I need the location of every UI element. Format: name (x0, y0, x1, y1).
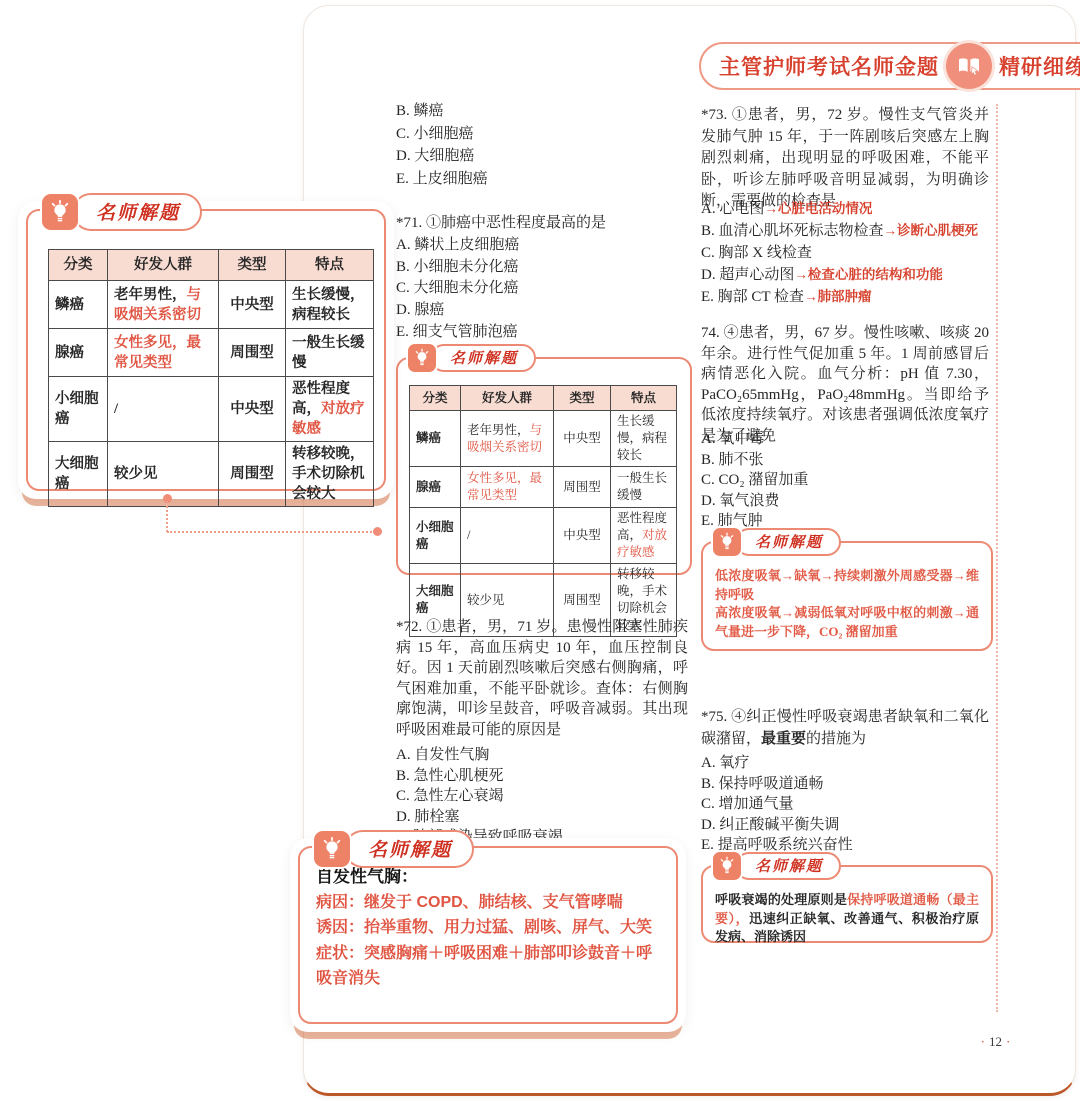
column-divider (996, 104, 998, 1012)
option: E. 细支气管肺泡癌 (396, 322, 688, 344)
col-header: 好发人群 (461, 386, 554, 411)
table-row: 小细胞癌 / 中央型 恶性程度高，对放疗敏感 (49, 377, 374, 442)
q70-options: B. 鳞癌 C. 小细胞癌 D. 大细胞癌 E. 上皮细胞癌 (396, 100, 688, 190)
cell-text: 较少见 (467, 593, 505, 607)
header-title-sub: 精研细练 (999, 51, 1080, 81)
page-header: 主管护师考试名师金题 精研细练 (699, 39, 1080, 93)
option-text: C. 胸部 X 线检查 (701, 245, 812, 261)
book-cursor-icon (946, 43, 992, 89)
option-annotation: →诊断心肌梗死 (884, 223, 979, 238)
option: A. 氧中毒 (701, 429, 989, 450)
option-annotation: →检查心脏的结构和功能 (794, 267, 943, 282)
stem-bold-text: 最重要 (761, 731, 806, 747)
cell-feature: 转移较晚，手术切除机会较大 (286, 442, 374, 507)
cell-text: 一般生长缓慢 (617, 471, 667, 502)
cell-text: 生长缓慢，病程较长 (617, 414, 667, 462)
explain-text: 呼吸衰竭的处理原则是 (715, 892, 847, 907)
option: B. 鳞癌 (396, 100, 688, 123)
connector-hline (167, 531, 375, 533)
col-header: 分类 (410, 386, 461, 411)
table-row: 小细胞癌 / 中央型 恶性程度高，对放疗敏感 (410, 508, 677, 564)
cell-feature: 恶性程度高，对放疗敏感 (611, 508, 677, 564)
explain-badge-label: 名师解题 (735, 528, 841, 556)
cell-type: 周围型 (554, 467, 611, 508)
question-stem: *71. ①肺癌中恶性程度最高的是 (396, 213, 688, 235)
pneumothorax-line: 症状：突感胸痛＋呼吸困难＋肺部叩诊鼓音＋呼吸音消失 (316, 941, 660, 992)
option: B. 肺不张 (701, 450, 989, 471)
table-row: 鳞癌 老年男性，与吸烟关系密切 中央型 生长缓慢，病程较长 (49, 281, 374, 329)
option: B. 血清心肌坏死标志物检查→诊断心肌梗死 (701, 220, 989, 242)
cell-class: 鳞癌 (410, 411, 461, 467)
explain-text: 迅速纠正缺氧、改善通气、积极治疗原发病、消除诱因 (715, 911, 979, 945)
col-header: 类型 (554, 386, 611, 411)
option: A. 氧疗 (701, 753, 989, 774)
footer-number: 12 (989, 1034, 1002, 1049)
explain-74-body: 低浓度吸氧→缺氧→持续刺激外周感受器→维持呼吸 高浓度吸氧→减弱低氧对呼吸中枢的… (703, 543, 991, 649)
option: D. 超声心动图→检查心脏的结构和功能 (701, 264, 989, 286)
cell-class: 小细胞癌 (410, 508, 461, 564)
table-row: 腺癌 女性多见，最常见类型 周围型 一般生长缓慢 (410, 467, 677, 508)
cell-class: 腺癌 (49, 329, 108, 377)
option: D. 肺栓塞 (396, 807, 688, 828)
pneumothorax-line: 诱因：抬举重物、用力过猛、剧咳、屏气、大笑 (316, 915, 660, 941)
cell-text: 一般生长缓慢 (292, 335, 365, 371)
option: A. 心电图→心脏电活动情况 (701, 198, 989, 220)
option: D. 氧气浪费 (701, 491, 989, 512)
cell-type: 中央型 (219, 377, 286, 442)
cell-type: 周围型 (219, 442, 286, 507)
header-title-main: 主管护师考试名师金题 (719, 51, 939, 81)
explain-badge: 名师解题 (713, 852, 841, 880)
cell-class: 鳞癌 (49, 281, 108, 329)
explain-badge: 名师解题 (42, 193, 202, 231)
lightbulb-icon (713, 528, 741, 556)
option-annotation: →肺部肿瘤 (804, 289, 872, 304)
connector-vline (166, 501, 168, 532)
explain-badge: 名师解题 (713, 528, 841, 556)
zoom-callout-border: 名师解题 分类 好发人群 类型 特点 鳞癌 老年男性，与吸烟关系密切 中央型 生… (26, 209, 386, 491)
cell-text: 较少见 (114, 466, 158, 482)
table-row: 腺癌 女性多见，最常见类型 周围型 一般生长缓慢 (49, 329, 374, 377)
cell-feature: 一般生长缓慢 (286, 329, 374, 377)
option: C. 大细胞未分化癌 (396, 278, 688, 300)
option: C. 小细胞癌 (396, 123, 688, 146)
option: B. 保持呼吸道通畅 (701, 774, 989, 795)
question-72-stem: *72. ①患者，男，71 岁。患慢性阻塞性肺疾病 15 年，高血压病史 10 … (396, 617, 688, 740)
cell-class: 腺癌 (410, 467, 461, 508)
question-71: *71. ①肺癌中恶性程度最高的是 A. 鳞状上皮细胞癌 B. 小细胞未分化癌 … (396, 213, 688, 344)
col-header: 分类 (49, 250, 108, 281)
explain-line: 高浓度吸氧→减弱低氧对呼吸中枢的刺激→通气量进一步下降，CO₂ 潴留加重 (715, 604, 979, 641)
explain-line: 低浓度吸氧→缺氧→持续刺激外周感受器→维持呼吸 (715, 567, 979, 604)
option-text: D. 超声心动图 (701, 267, 794, 283)
stem-text: 的措施为 (806, 731, 866, 747)
cell-population: / (108, 377, 219, 442)
col-header: 类型 (219, 250, 286, 281)
explain-box-71: 名师解题 分类 好发人群 类型 特点 鳞癌 老年男性，与吸烟关系密切 中央型 生… (396, 357, 692, 575)
option: A. 鳞状上皮细胞癌 (396, 235, 688, 257)
explain-badge: 名师解题 (314, 830, 474, 868)
zoom-callout-border: 名师解题 自发性气胸： 病因：继发于 COPD、肺结核、支气管哮喘 诱因：抬举重… (298, 846, 678, 1024)
cell-text: 转移较晚，手术切除机会较大 (292, 446, 365, 502)
zoom-callout-table: 名师解题 分类 好发人群 类型 特点 鳞癌 老年男性，与吸烟关系密切 中央型 生… (18, 201, 394, 499)
explain-badge-label: 名师解题 (735, 852, 841, 880)
cell-text: / (114, 401, 118, 417)
option: D. 纠正酸碱平衡失调 (701, 815, 989, 836)
lung-cancer-table: 分类 好发人群 类型 特点 鳞癌 老年男性，与吸烟关系密切 中央型 生长缓慢，病… (409, 385, 677, 637)
table-row: 大细胞癌 较少见 周围型 转移较晚，手术切除机会较大 (49, 442, 374, 507)
explain-badge-label: 名师解题 (72, 193, 202, 231)
cell-text: 生长缓慢，病程较长 (292, 287, 365, 323)
table-row: 鳞癌 老年男性，与吸烟关系密切 中央型 生长缓慢，病程较长 (410, 411, 677, 467)
cell-type: 周围型 (219, 329, 286, 377)
cell-text: 老年男性， (467, 423, 530, 437)
zoom-callout-pneumothorax: 名师解题 自发性气胸： 病因：继发于 COPD、肺结核、支气管哮喘 诱因：抬举重… (290, 838, 686, 1032)
option-text: E. 胸部 CT 检查 (701, 289, 804, 305)
col-header: 特点 (611, 386, 677, 411)
lung-cancer-table-enlarged: 分类 好发人群 类型 特点 鳞癌 老年男性，与吸烟关系密切 中央型 生长缓慢，病… (48, 249, 374, 507)
option-text: A. 心电图 (701, 201, 764, 217)
cell-class: 大细胞癌 (49, 442, 108, 507)
cell-type: 中央型 (554, 508, 611, 564)
explain-badge-label: 名师解题 (430, 344, 536, 372)
table-header-row: 分类 好发人群 类型 特点 (49, 250, 374, 281)
pneumothorax-body: 自发性气胸： 病因：继发于 COPD、肺结核、支气管哮喘 诱因：抬举重物、用力过… (300, 848, 676, 1002)
cell-feature: 恶性程度高，对放疗敏感 (286, 377, 374, 442)
cell-text: 老年男性， (114, 287, 187, 303)
question-73-options: A. 心电图→心脏电活动情况 B. 血清心肌坏死标志物检查→诊断心肌梗死 C. … (701, 198, 989, 308)
page-number: ·12· (699, 1034, 1080, 1050)
question-75-options: A. 氧疗 B. 保持呼吸道通畅 C. 增加通气量 D. 纠正酸碱平衡失调 E.… (701, 753, 989, 856)
question-73-stem: *73. ①患者，男，72 岁。慢性支气管炎并发肺气肿 15 年，于一阵剧咳后突… (701, 105, 989, 213)
cell-type: 中央型 (219, 281, 286, 329)
footer-dot: · (977, 1034, 989, 1049)
pneumothorax-line: 病因：继发于 COPD、肺结核、支气管哮喘 (316, 890, 660, 916)
cell-population: / (461, 508, 554, 564)
cell-type: 中央型 (554, 411, 611, 467)
explain-box-75: 名师解题 呼吸衰竭的处理原则是保持呼吸道通畅（最主要），迅速纠正缺氧、改善通气、… (701, 865, 993, 943)
table-header-row: 分类 好发人群 类型 特点 (410, 386, 677, 411)
option: E. 胸部 CT 检查→肺部肿瘤 (701, 286, 989, 308)
cell-population: 老年男性，与吸烟关系密切 (108, 281, 219, 329)
cell-population: 女性多见，最常见类型 (108, 329, 219, 377)
explain-badge: 名师解题 (408, 344, 536, 372)
cell-feature: 生长缓慢，病程较长 (611, 411, 677, 467)
cell-feature: 生长缓慢，病程较长 (286, 281, 374, 329)
cell-text: / (467, 528, 470, 542)
option: C. 增加通气量 (701, 794, 989, 815)
lightbulb-icon (408, 344, 436, 372)
connector-dot-end (373, 527, 382, 536)
col-header: 好发人群 (108, 250, 219, 281)
option: C. 胸部 X 线检查 (701, 243, 989, 264)
option: B. 小细胞未分化癌 (396, 257, 688, 279)
explain-75-body: 呼吸衰竭的处理原则是保持呼吸道通畅（最主要），迅速纠正缺氧、改善通气、积极治疗原… (703, 867, 991, 955)
question-75-stem: *75. ④纠正慢性呼吸衰竭患者缺氧和二氧化碳潴留，最重要的措施为 (701, 707, 989, 750)
option: C. 急性左心衰竭 (396, 786, 688, 807)
cell-feature: 一般生长缓慢 (611, 467, 677, 508)
option-annotation: →心脏电活动情况 (764, 201, 872, 216)
col-header: 特点 (286, 250, 374, 281)
cell-text-red: 女性多见，最常见类型 (467, 471, 542, 502)
option: C. CO₂ 潴留加重 (701, 470, 989, 491)
explain-box-74: 名师解题 低浓度吸氧→缺氧→持续刺激外周感受器→维持呼吸 高浓度吸氧→减弱低氧对… (701, 541, 993, 651)
question-74-options: A. 氧中毒 B. 肺不张 C. CO₂ 潴留加重 D. 氧气浪费 E. 肺气肿 (701, 429, 989, 532)
option: D. 腺癌 (396, 300, 688, 322)
footer-dot: · (1002, 1034, 1014, 1049)
option-text: B. 血清心肌坏死标志物检查 (701, 223, 884, 239)
option: B. 急性心肌梗死 (396, 766, 688, 787)
option: D. 大细胞癌 (396, 145, 688, 168)
cell-population: 老年男性，与吸烟关系密切 (461, 411, 554, 467)
cell-text-red: 女性多见，最常见类型 (114, 335, 201, 371)
header-title-pill: 主管护师考试名师金题 精研细练 (699, 42, 1080, 90)
cell-population: 女性多见，最常见类型 (461, 467, 554, 508)
option: A. 自发性气胸 (396, 745, 688, 766)
explain-badge-label: 名师解题 (344, 830, 474, 868)
option: E. 上皮细胞癌 (396, 168, 688, 191)
lightbulb-icon (42, 194, 78, 230)
cell-class: 小细胞癌 (49, 377, 108, 442)
lightbulb-icon (713, 852, 741, 880)
lightbulb-icon (314, 831, 350, 867)
